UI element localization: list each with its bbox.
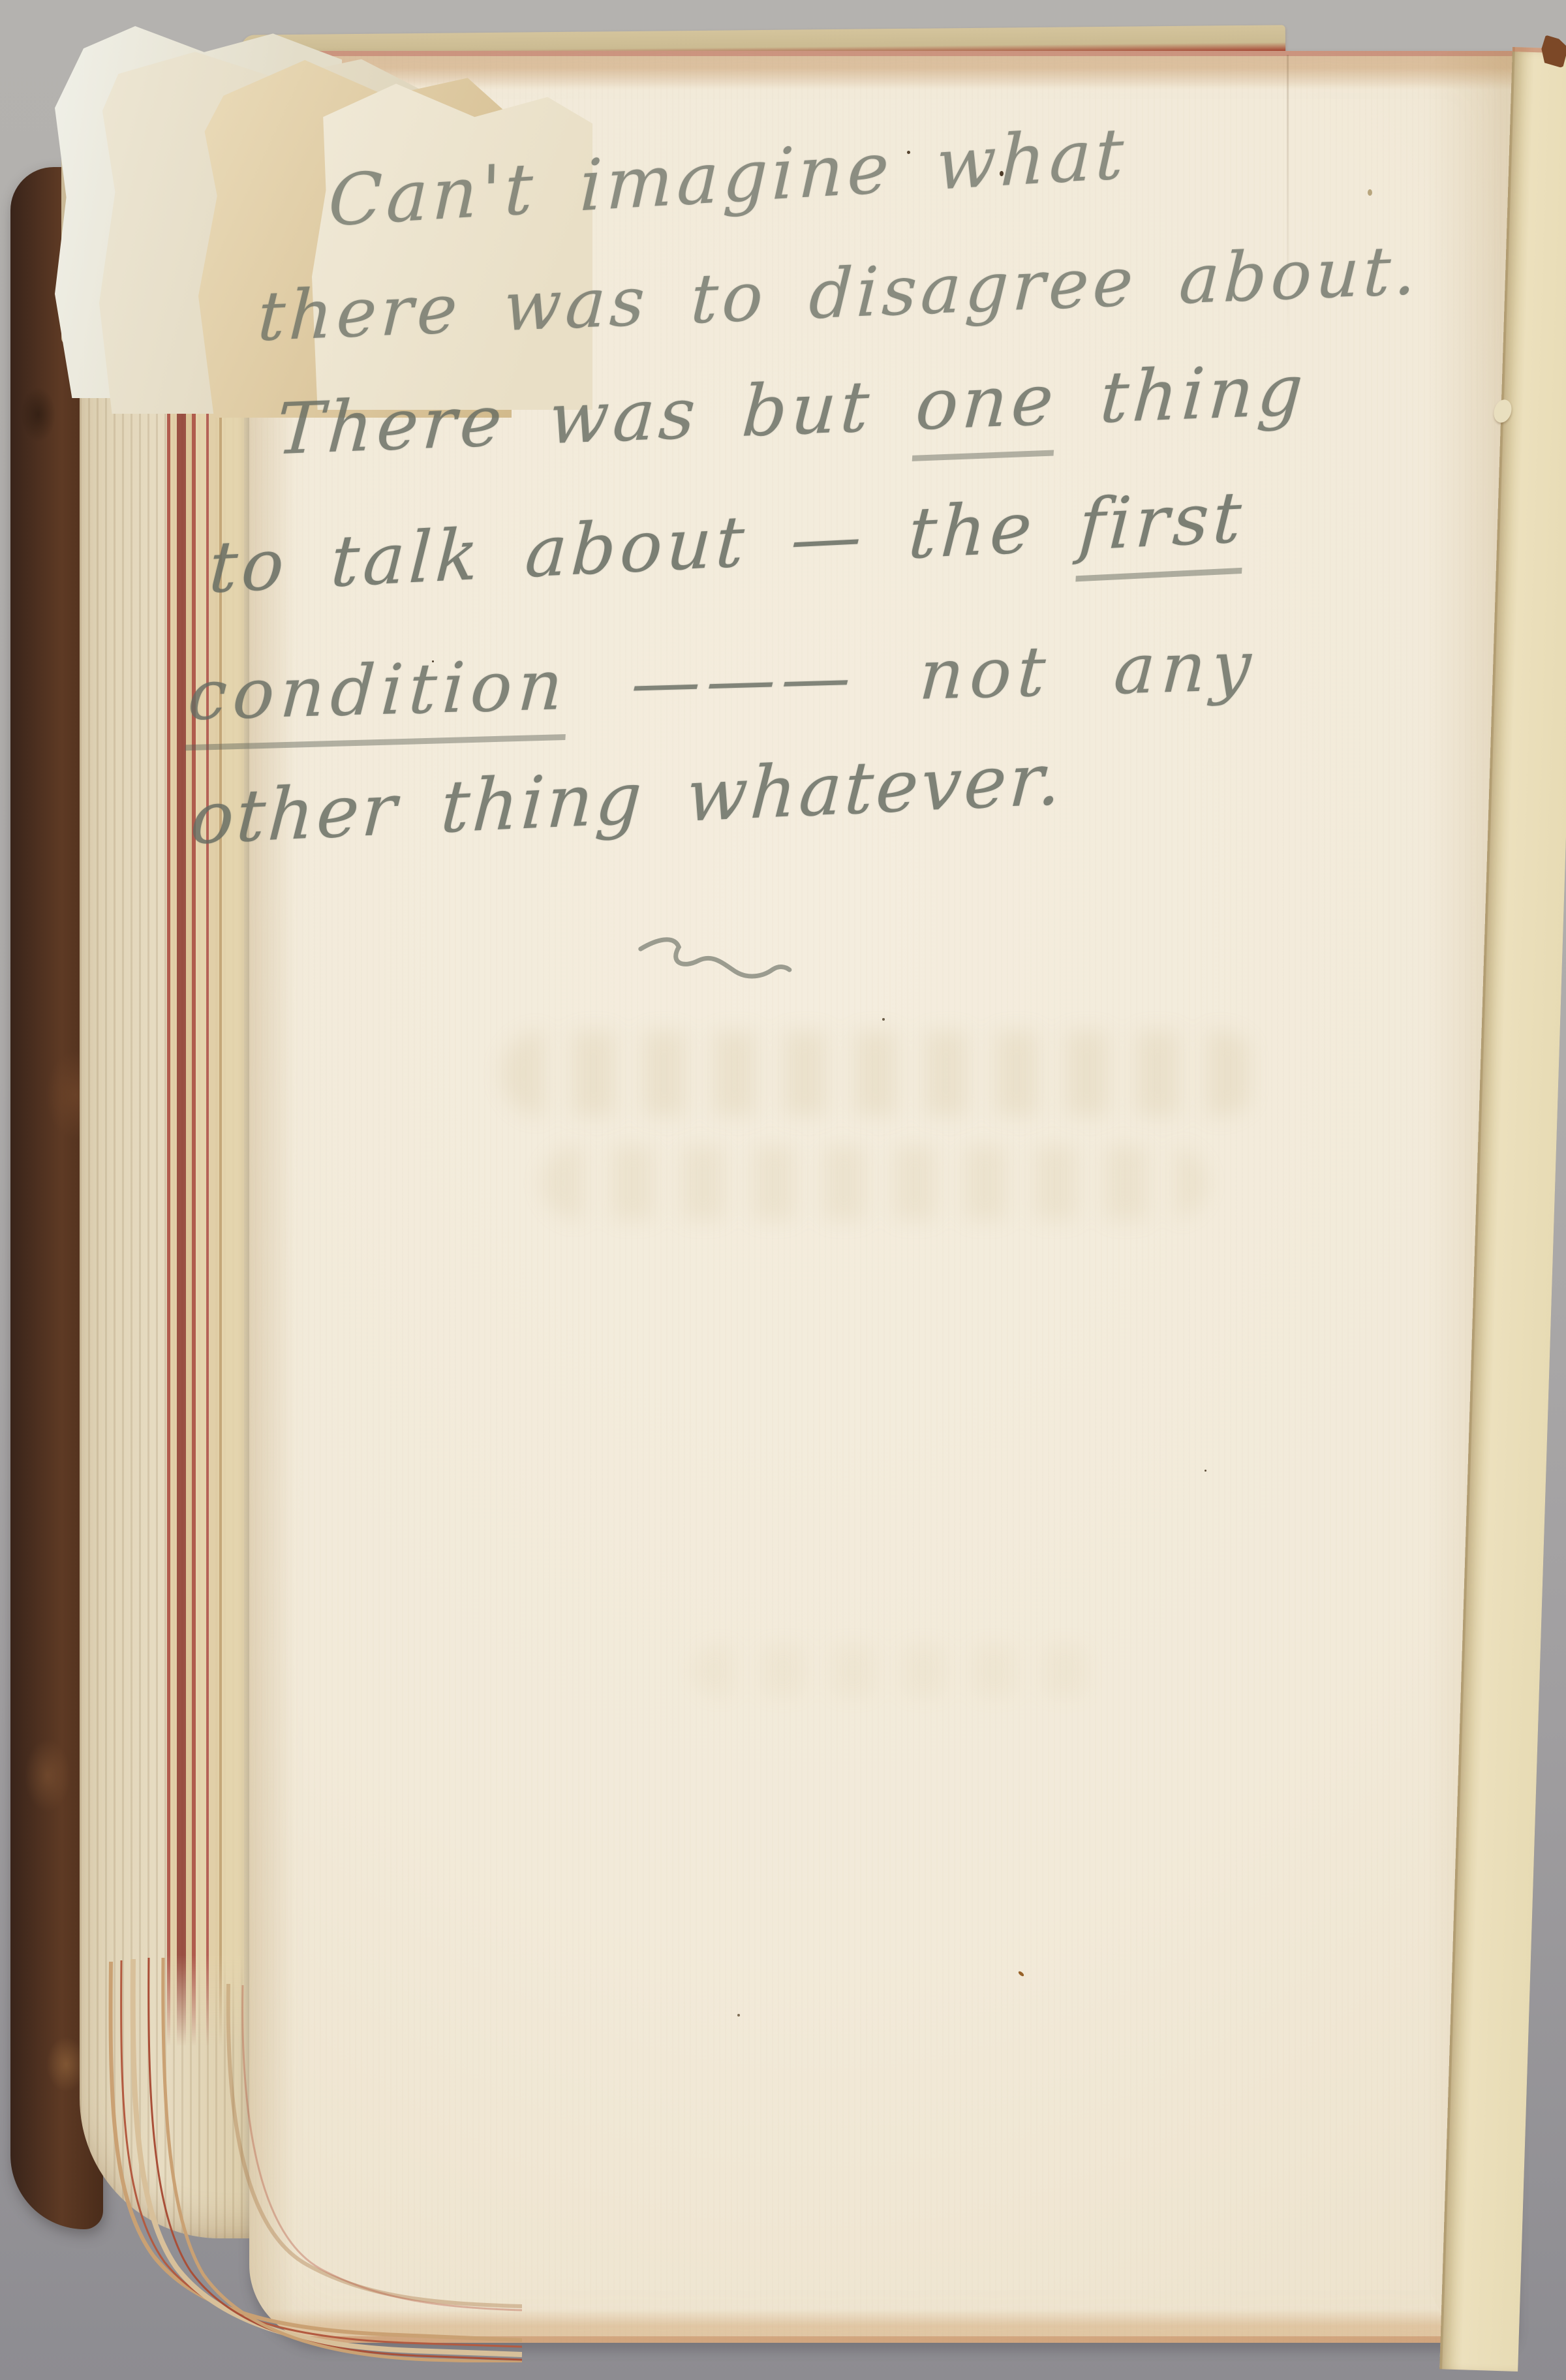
handwriting-line: condition ——— not any: [186, 628, 1259, 734]
pencil-flourish-mark: [634, 925, 795, 991]
handwriting-text: thing: [1054, 349, 1310, 440]
handwriting-block: Can't imagine what there was to disagree…: [0, 0, 1566, 2380]
underlined-word: first: [1076, 476, 1248, 581]
notebook-photo-scene: Can't imagine what there was to disagree…: [0, 0, 1566, 2380]
underlined-word: one: [912, 359, 1060, 461]
handwriting-line: Can't imagine what: [328, 116, 1129, 241]
handwriting-text: ——— not any: [566, 625, 1259, 725]
handwriting-text: There was but: [274, 364, 919, 471]
handwriting-text: Can't imagine what: [328, 113, 1129, 242]
handwriting-line: there was to disagree about.: [256, 232, 1422, 354]
handwriting-text: there was to disagree about.: [256, 230, 1422, 356]
handwriting-text: to talk about — the: [207, 485, 1081, 610]
handwriting-line: other thing whatever.: [189, 739, 1066, 858]
handwriting-text: other thing whatever.: [189, 737, 1066, 860]
handwriting-line: There was but one thing: [274, 352, 1309, 469]
underlined-word: condition: [185, 645, 571, 751]
handwriting-line: to talk about — the first: [207, 479, 1247, 608]
